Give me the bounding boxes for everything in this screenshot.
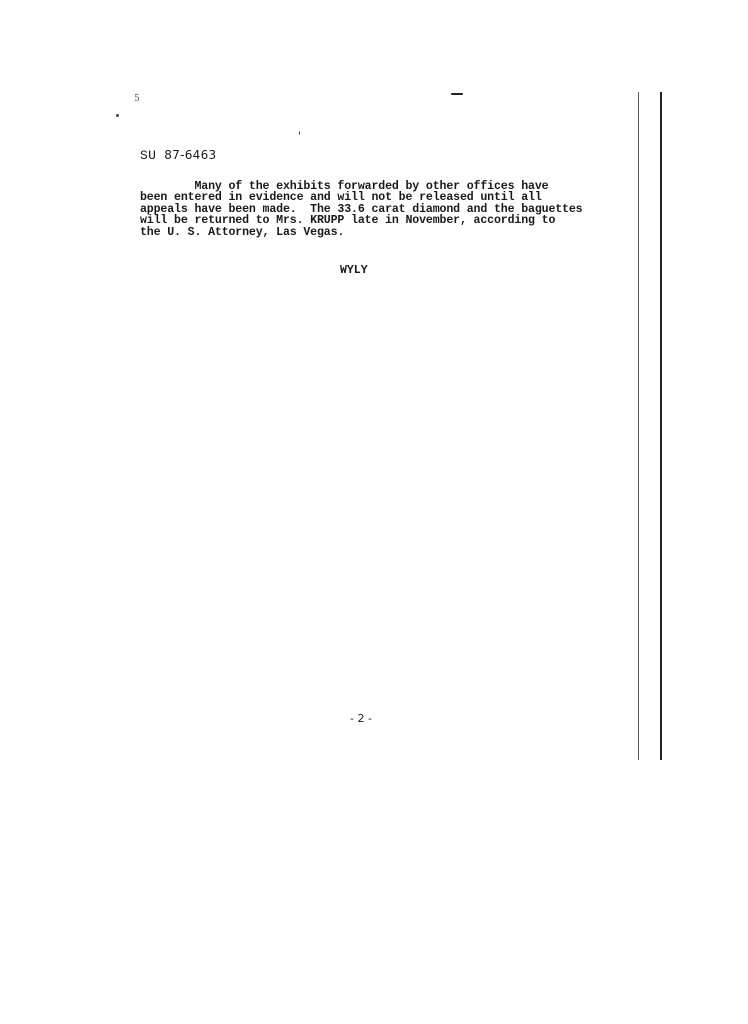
scan-speck (116, 114, 119, 117)
signature: WYLY (340, 264, 368, 277)
file-number: SU87-6463 (140, 148, 216, 163)
margin-rule-right (660, 92, 662, 760)
file-number-value: 87-6463 (164, 148, 216, 162)
scan-mark (451, 93, 463, 95)
body-paragraph: Many of the exhibits forwarded by other … (140, 181, 600, 238)
page-number: - 2 - (350, 712, 372, 725)
file-prefix: SU (140, 148, 156, 163)
scan-speck (299, 131, 300, 135)
margin-mark: 5 (134, 94, 140, 104)
margin-rule-left (638, 92, 639, 760)
document-page: 5 SU87-6463 Many of the exhibits forward… (0, 0, 748, 1024)
